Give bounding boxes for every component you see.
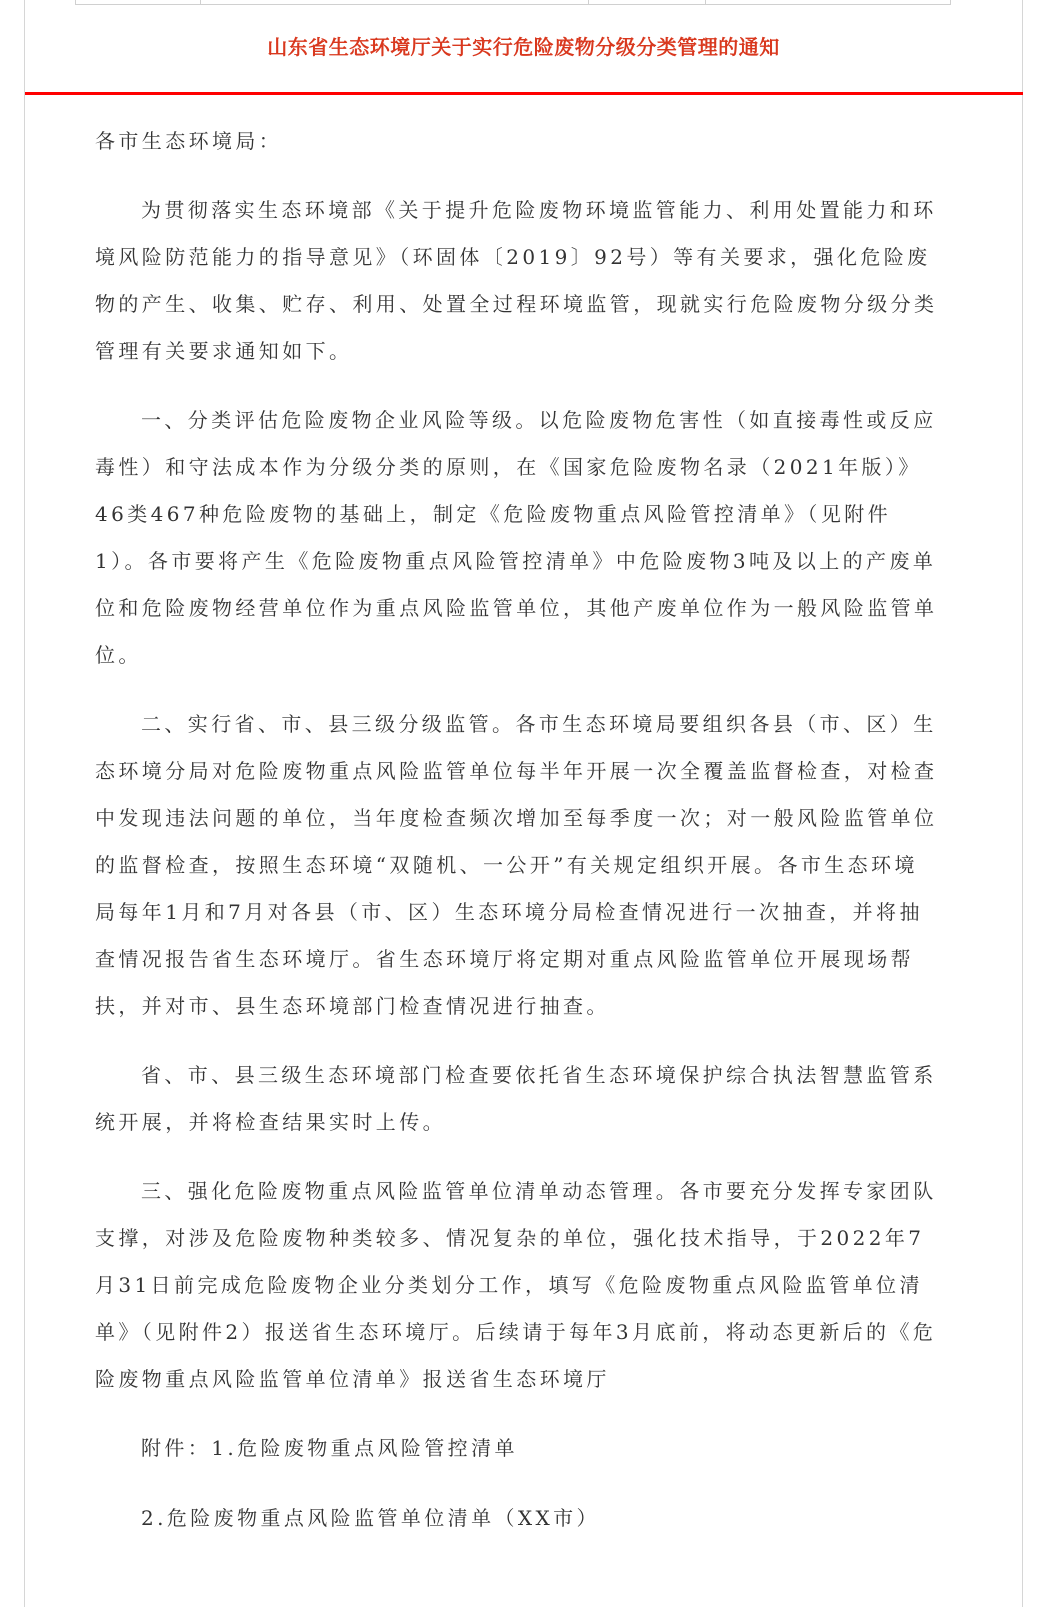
document-title: 山东省生态环境厅关于实行危险废物分级分类管理的通知 bbox=[25, 30, 1022, 64]
table-row bbox=[76, 0, 951, 5]
paragraph-section-3: 三、强化危险废物重点风险监管单位清单动态管理。各市要充分发挥专家团队支撑，对涉及… bbox=[95, 1168, 940, 1403]
table-cell bbox=[76, 0, 201, 5]
salutation: 各市生态环境局： bbox=[95, 118, 940, 165]
paragraph-section-2: 二、实行省、市、县三级分级监管。各市生态环境局要组织各县（市、区）生态环境分局对… bbox=[95, 701, 940, 1030]
table-cell bbox=[201, 0, 589, 5]
top-table-fragment bbox=[75, 0, 951, 5]
table-cell bbox=[589, 0, 706, 5]
attachment-item-2: 2.危险废物重点风险监管单位清单（XX市） bbox=[95, 1495, 940, 1542]
attachment-item-1: 附件：1.危险废物重点风险管控清单 bbox=[95, 1425, 940, 1472]
title-divider bbox=[25, 92, 1023, 95]
table-cell bbox=[706, 0, 951, 5]
paragraph-intro: 为贯彻落实生态环境部《关于提升危险废物环境监管能力、利用处置能力和环境风险防范能… bbox=[95, 187, 940, 375]
paragraph-section-1: 一、分类评估危险废物企业风险等级。以危险废物危害性（如直接毒性或反应毒性）和守法… bbox=[95, 397, 940, 679]
paragraph-section-2-supplement: 省、市、县三级生态环境部门检查要依托省生态环境保护综合执法智慧监管系统开展，并将… bbox=[95, 1052, 940, 1146]
document-body: 各市生态环境局： 为贯彻落实生态环境部《关于提升危险废物环境监管能力、利用处置能… bbox=[95, 118, 940, 1565]
